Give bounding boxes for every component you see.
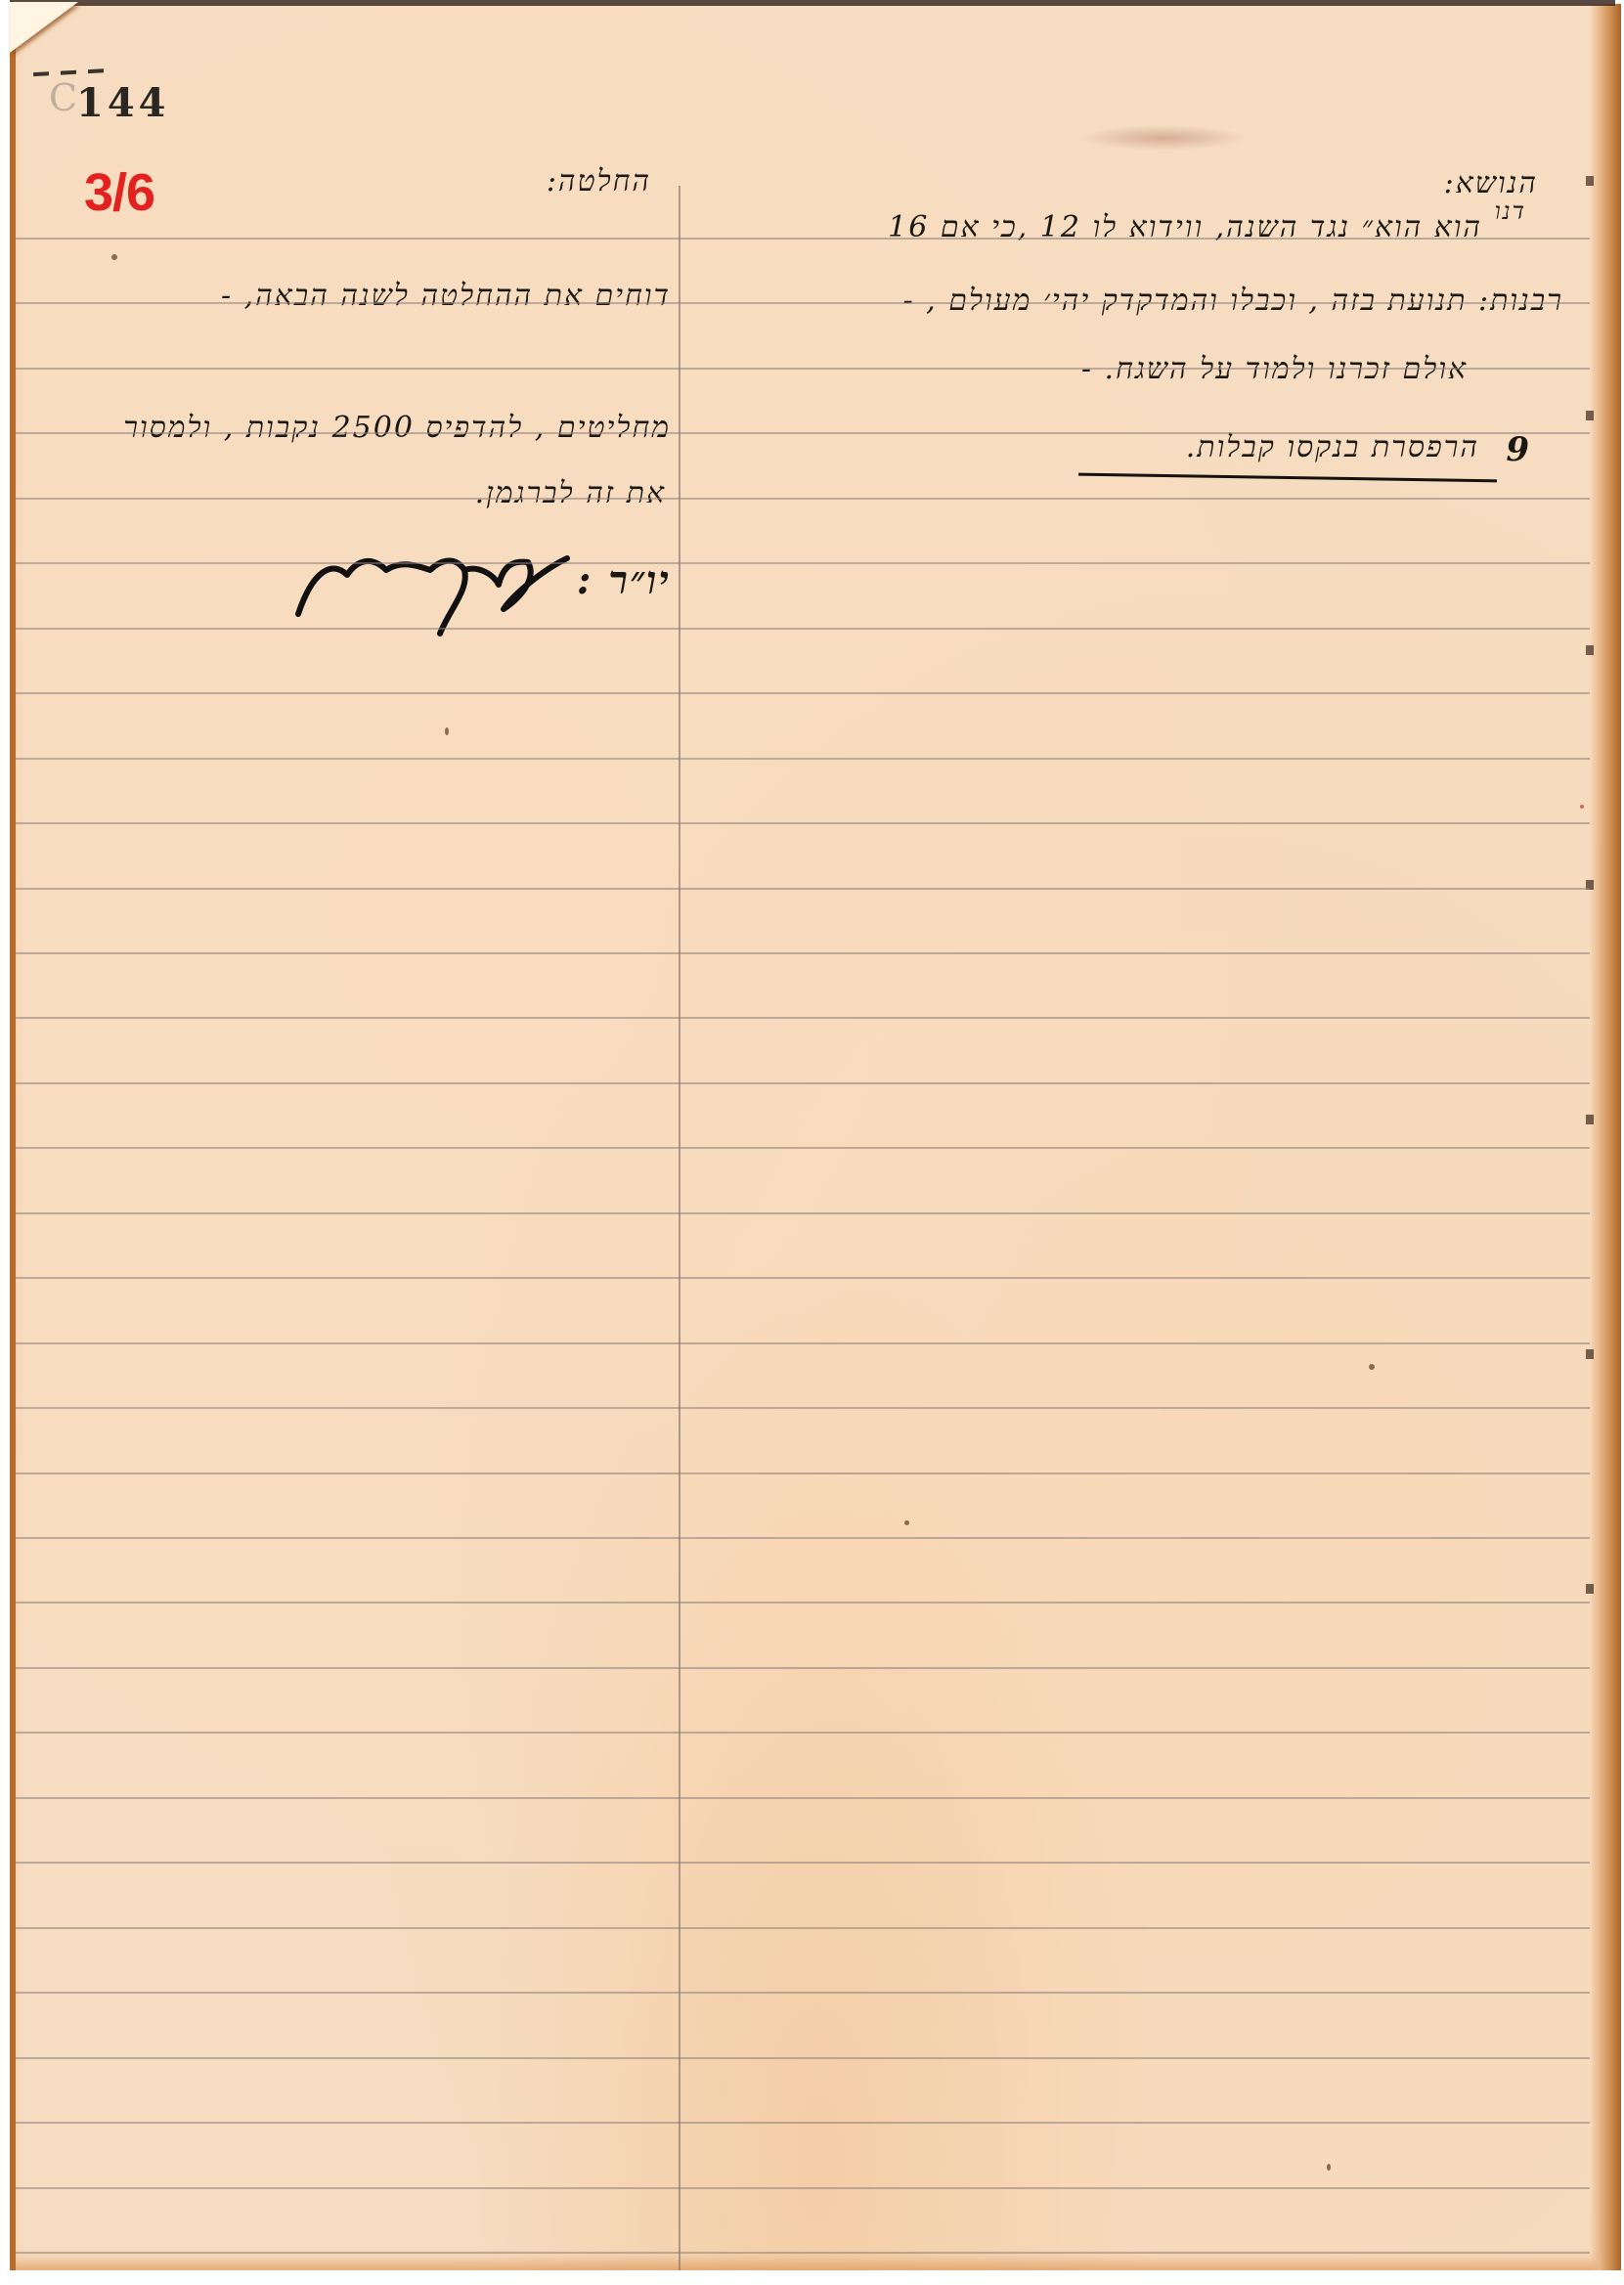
ruled-line — [16, 1862, 1590, 1864]
ruled-line — [16, 2187, 1590, 2189]
folio-stamp-number: 144 — [76, 80, 170, 126]
ruled-line — [16, 432, 1590, 434]
ruled-line — [16, 1082, 1590, 1084]
ruled-line — [16, 758, 1590, 760]
discussion-line-2: רבנות: תנועת בזה , וכבלו והמדקדק יהי׳ מע… — [902, 284, 1563, 318]
ruled-line — [16, 822, 1590, 824]
ruled-line — [16, 498, 1590, 500]
ruled-line — [16, 1407, 1590, 1409]
ruled-line — [16, 2252, 1590, 2254]
left-column-header: החלטה: — [547, 164, 651, 198]
ruled-line — [16, 628, 1590, 630]
page-label: 3/6 — [84, 162, 154, 223]
signature-scribble — [293, 541, 596, 638]
ruled-line — [16, 1992, 1590, 1994]
folio-stamp-prefix: C — [49, 76, 77, 119]
decision-line-3: את זה לברגמן. — [475, 476, 666, 510]
ruled-line — [16, 692, 1590, 694]
ruled-line — [16, 1342, 1590, 1344]
ruled-line — [16, 1602, 1590, 1604]
ruled-line — [16, 1472, 1590, 1474]
ruled-line — [16, 1017, 1590, 1019]
ruled-line — [16, 1277, 1590, 1279]
discussion-line-4: הרפסרת בנקסו קבלות. — [1186, 430, 1479, 464]
right-column-header: הנושא: — [1444, 166, 1538, 200]
decision-line-1: דוחים את ההחלטה לשנה הבאה, - — [221, 279, 671, 313]
ruled-line — [16, 562, 1590, 564]
ruled-line — [16, 1797, 1590, 1799]
ruled-line — [16, 952, 1590, 954]
ruled-line — [16, 1212, 1590, 1214]
ruled-line — [16, 302, 1590, 304]
ruled-line — [16, 2122, 1590, 2124]
ink-dot — [1327, 2164, 1331, 2171]
ruled-line — [16, 238, 1590, 240]
item-number: 9 — [1506, 430, 1531, 469]
ink-dot — [111, 254, 117, 260]
ruled-line — [16, 888, 1590, 890]
ink-dot — [1580, 805, 1584, 809]
ruled-line — [16, 2057, 1590, 2059]
ledger-page — [10, 4, 1621, 2270]
ruled-line — [16, 1732, 1590, 1734]
binding-marks — [1586, 59, 1594, 1721]
folded-corner — [10, 2, 78, 53]
paper-stain — [1080, 125, 1247, 151]
ruled-line — [16, 1147, 1590, 1149]
page-top-edge — [10, 0, 1615, 6]
decision-line-2: מחליטים , להדפיס 2500 נקבות , ולמסור — [123, 411, 671, 445]
ink-dot — [1369, 1364, 1375, 1370]
ink-dot — [445, 727, 449, 735]
ruled-line — [16, 1537, 1590, 1539]
right-column-subheader: דנו — [1495, 198, 1526, 226]
ruled-line — [16, 1927, 1590, 1929]
ink-dot — [904, 1520, 909, 1525]
ruled-line — [16, 368, 1590, 370]
ruled-line — [16, 1667, 1590, 1669]
